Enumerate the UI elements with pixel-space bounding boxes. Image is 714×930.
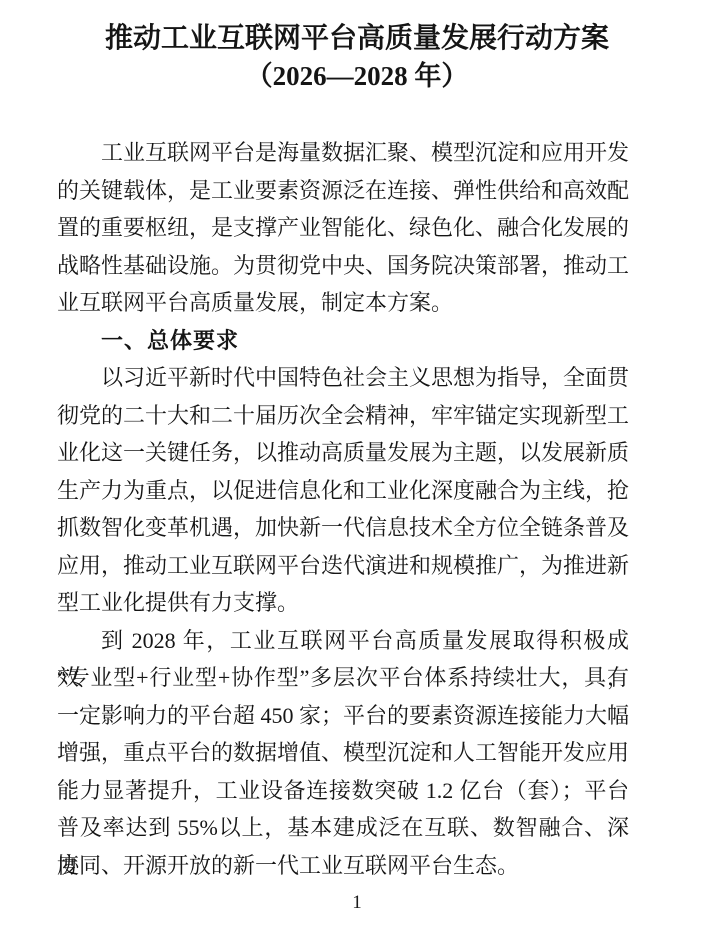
page-footer: 1 <box>0 891 714 915</box>
text-line: 普及率达到 55%以上，基本建成泛在互联、数智融合、深度 <box>57 809 629 847</box>
text-line: 生产力为重点，以促进信息化和工业化深度融合为主线，抢 <box>57 472 629 510</box>
text-line: 置的重要枢纽，是支撑产业智能化、绿色化、融合化发展的 <box>57 209 629 247</box>
text-line: 彻党的二十大和二十届历次全会精神，牢牢锚定实现新型工 <box>57 397 629 435</box>
text-line: 业化这一关键任务，以推动高质量发展为主题，以发展新质 <box>57 434 629 472</box>
document-page: 推动工业互联网平台高质量发展行动方案 （2026—2028 年） 工业互联网平台… <box>0 0 714 930</box>
text-line: 协同、开源开放的新一代工业互联网平台生态。 <box>57 847 629 885</box>
text-line: 抓数智化变革机遇，加快新一代信息技术全方位全链条普及 <box>57 509 629 547</box>
text-line: 战略性基础设施。为贯彻党中央、国务院决策部署，推动工 <box>57 247 629 285</box>
text-line: 型工业化提供有力支撑。 <box>57 584 629 622</box>
text-line: “专业型+行业型+协作型”多层次平台体系持续壮大，具有 <box>57 659 629 697</box>
document-title-line1: 推动工业互联网平台高质量发展行动方案 <box>0 20 714 58</box>
document-body: 工业互联网平台是海量数据汇聚、模型沉淀和应用开发的关键载体，是工业要素资源泛在连… <box>57 134 629 884</box>
document-title-year-range: （2026—2028 年） <box>0 58 714 95</box>
text-line: 业互联网平台高质量发展，制定本方案。 <box>57 284 629 322</box>
text-line: 的关键载体，是工业要素资源泛在连接、弹性供给和高效配 <box>57 172 629 210</box>
page-number: 1 <box>352 892 362 913</box>
text-line: 工业互联网平台是海量数据汇聚、模型沉淀和应用开发 <box>57 134 629 172</box>
text-line: 一定影响力的平台超 450 家；平台的要素资源连接能力大幅 <box>57 697 629 735</box>
section-heading: 一、总体要求 <box>57 322 629 360</box>
text-line: 能力显著提升，工业设备连接数突破 1.2 亿台（套）；平台 <box>57 772 629 810</box>
document-title: 推动工业互联网平台高质量发展行动方案 （2026—2028 年） <box>0 20 714 95</box>
text-line: 增强，重点平台的数据增值、模型沉淀和人工智能开发应用 <box>57 734 629 772</box>
text-line: 应用，推动工业互联网平台迭代演进和规模推广，为推进新 <box>57 547 629 585</box>
text-line: 以习近平新时代中国特色社会主义思想为指导，全面贯 <box>57 359 629 397</box>
text-line: 到 2028 年，工业互联网平台高质量发展取得积极成效， <box>57 622 629 660</box>
